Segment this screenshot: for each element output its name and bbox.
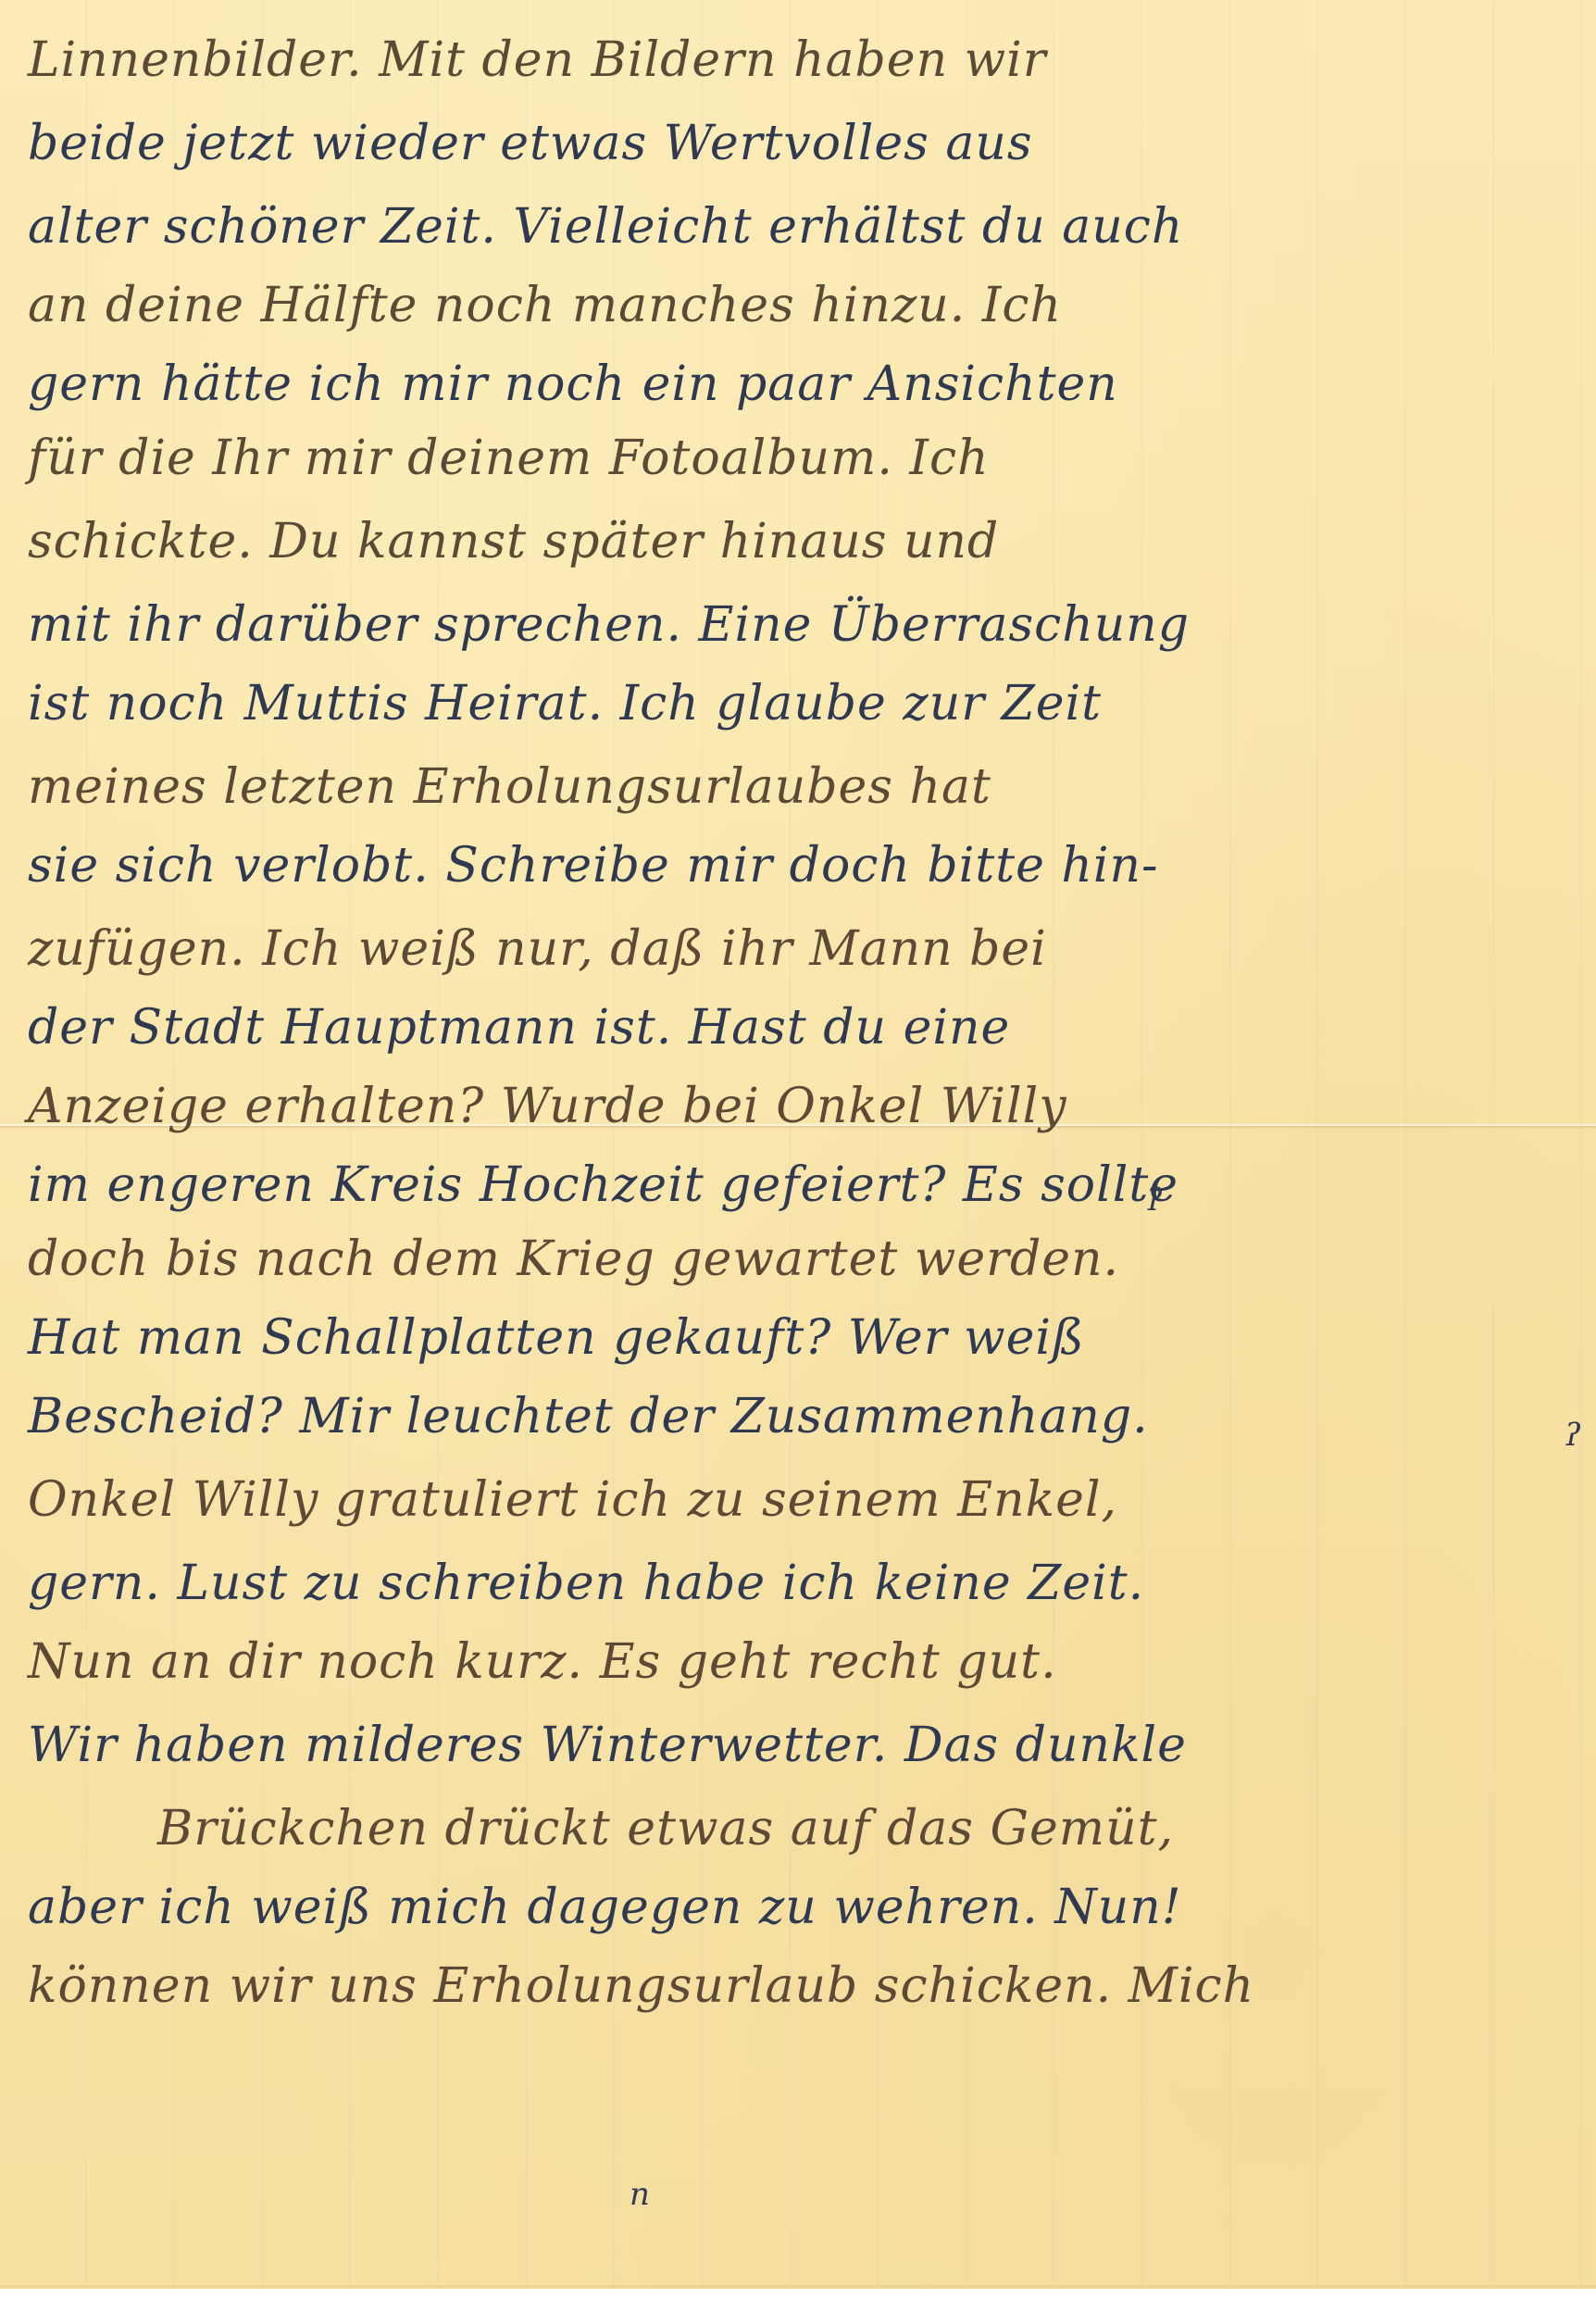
letter-line-20: gern. Lust zu schreiben habe ich keine Z…: [28, 1556, 1144, 1611]
letter-line-11: sie sich verlobt. Schreibe mir doch bitt…: [28, 838, 1159, 894]
letter-line-24: aber ich weiß mich dagegen zu wehren. Nu…: [28, 1880, 1182, 1935]
letter-line-5: gern hätte ich mir noch ein paar Ansicht…: [28, 356, 1118, 412]
paper-bottom-edge: [0, 2285, 1596, 2289]
letter-line-25: können wir uns Erholungsurlaub schicken.…: [28, 1958, 1254, 2014]
letter-line-16: doch bis nach dem Krieg gewartet werden.: [28, 1231, 1119, 1287]
letter-line-9: ist noch Muttis Heirat. Ich glaube zur Z…: [28, 676, 1102, 731]
letter-line-21: Nun an dir noch kurz. Es geht recht gut.: [28, 1634, 1057, 1690]
letter-line-19: Onkel Willy gratuliert ich zu seinem Enk…: [28, 1472, 1117, 1528]
letter-line-7: schickte. Du kannst später hinaus und: [28, 514, 999, 569]
letter-line-1: Linnenbilder. Mit den Bildern haben wir: [28, 32, 1047, 88]
letter-line-14: Anzeige erhalten? Wurde bei Onkel Willy: [28, 1079, 1067, 1134]
letter-line-12: zufügen. Ich weiß nur, daß ihr Mann bei: [28, 921, 1047, 977]
interlinear-mark: ʔ: [1146, 1181, 1163, 1219]
letter-line-15: im engeren Kreis Hochzeit gefeiert? Es s…: [28, 1157, 1178, 1213]
letter-paper: [0, 0, 1596, 2289]
letter-line-10: meines letzten Erholungsurlaubes hat: [28, 759, 991, 815]
letter-line-23: Brückchen drückt etwas auf das Gemüt,: [157, 1801, 1174, 1856]
letter-line-8: mit ihr darüber sprechen. Eine Überrasch…: [28, 597, 1190, 653]
letter-line-4: an deine Hälfte noch manches hinzu. Ich: [28, 278, 1062, 333]
interlinear-mark: ʔ: [1565, 1417, 1581, 1454]
letter-line-13: der Stadt Hauptmann ist. Hast du eine: [28, 1000, 1010, 1056]
letter-line-6: für die Ihr mir deinem Fotoalbum. Ich: [28, 431, 990, 486]
letter-line-18: Bescheid? Mir leuchtet der Zusammenhang.: [28, 1389, 1149, 1444]
interlinear-mark: n: [630, 2176, 650, 2213]
letter-line-22: Wir haben milderes Winterwetter. Das dun…: [28, 1718, 1187, 1773]
letter-line-2: beide jetzt wieder etwas Wertvolles aus: [28, 116, 1033, 171]
letter-line-17: Hat man Schallplatten gekauft? Wer weiß: [28, 1310, 1085, 1366]
letter-line-3: alter schöner Zeit. Vielleicht erhältst …: [28, 199, 1183, 255]
